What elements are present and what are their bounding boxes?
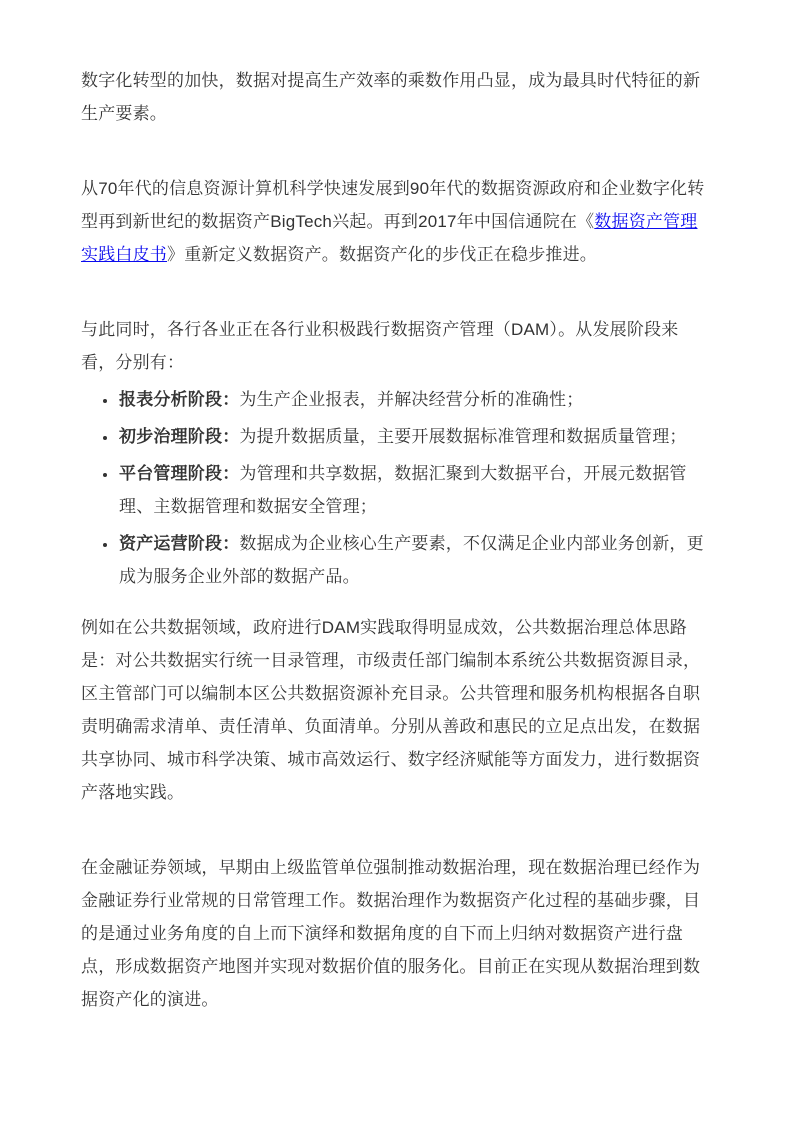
- stage-description: 为提升数据质量，主要开展数据标准管理和数据质量管理；: [239, 427, 686, 446]
- stage-label: 报表分析阶段：: [119, 390, 239, 409]
- paragraph-dam-stages-intro: 与此同时，各行各业正在各行业积极践行数据资产管理（DAM）。从发展阶段来看，分别…: [81, 313, 712, 379]
- list-item-platform-management: 平台管理阶段：为管理和共享数据，数据汇聚到大数据平台，开展元数据管理、主数据管理…: [118, 457, 712, 523]
- stage-label: 初步治理阶段：: [119, 427, 239, 446]
- paragraph-history: 从70年代的信息资源计算机科学快速发展到90年代的数据资源政府和企业数字化转型再…: [81, 172, 712, 271]
- paragraph-digital-transformation: 数字化转型的加快，数据对提高生产效率的乘数作用凸显，成为最具时代特征的新生产要素…: [81, 64, 712, 130]
- list-item-asset-operation: 资产运营阶段：数据成为企业核心生产要素，不仅满足企业内部业务创新，更成为服务企业…: [118, 527, 712, 593]
- paragraph-finance-securities: 在金融证券领域，早期由上级监管单位强制推动数据治理，现在数据治理已经作为金融证券…: [81, 851, 712, 1016]
- stage-label: 资产运营阶段：: [119, 534, 239, 553]
- dam-stages-list: 报表分析阶段：为生产企业报表，并解决经营分析的准确性； 初步治理阶段：为提升数据…: [81, 383, 712, 593]
- stage-description: 为生产企业报表，并解决经营分析的准确性；: [239, 390, 583, 409]
- document-content: 数字化转型的加快，数据对提高生产效率的乘数作用凸显，成为最具时代特征的新生产要素…: [0, 0, 793, 1016]
- list-item-report-analysis: 报表分析阶段：为生产企业报表，并解决经营分析的准确性；: [118, 383, 712, 416]
- document-page: 数字化转型的加快，数据对提高生产效率的乘数作用凸显，成为最具时代特征的新生产要素…: [0, 0, 793, 1122]
- paragraph-history-after-link: 》重新定义数据资产。数据资产化的步伐正在稳步推进。: [167, 245, 597, 264]
- paragraph-public-data: 例如在公共数据领域，政府进行DAM实践取得明显成效，公共数据治理总体思路是：对公…: [81, 611, 712, 809]
- stage-label: 平台管理阶段：: [119, 464, 239, 483]
- list-item-initial-governance: 初步治理阶段：为提升数据质量，主要开展数据标准管理和数据质量管理；: [118, 420, 712, 453]
